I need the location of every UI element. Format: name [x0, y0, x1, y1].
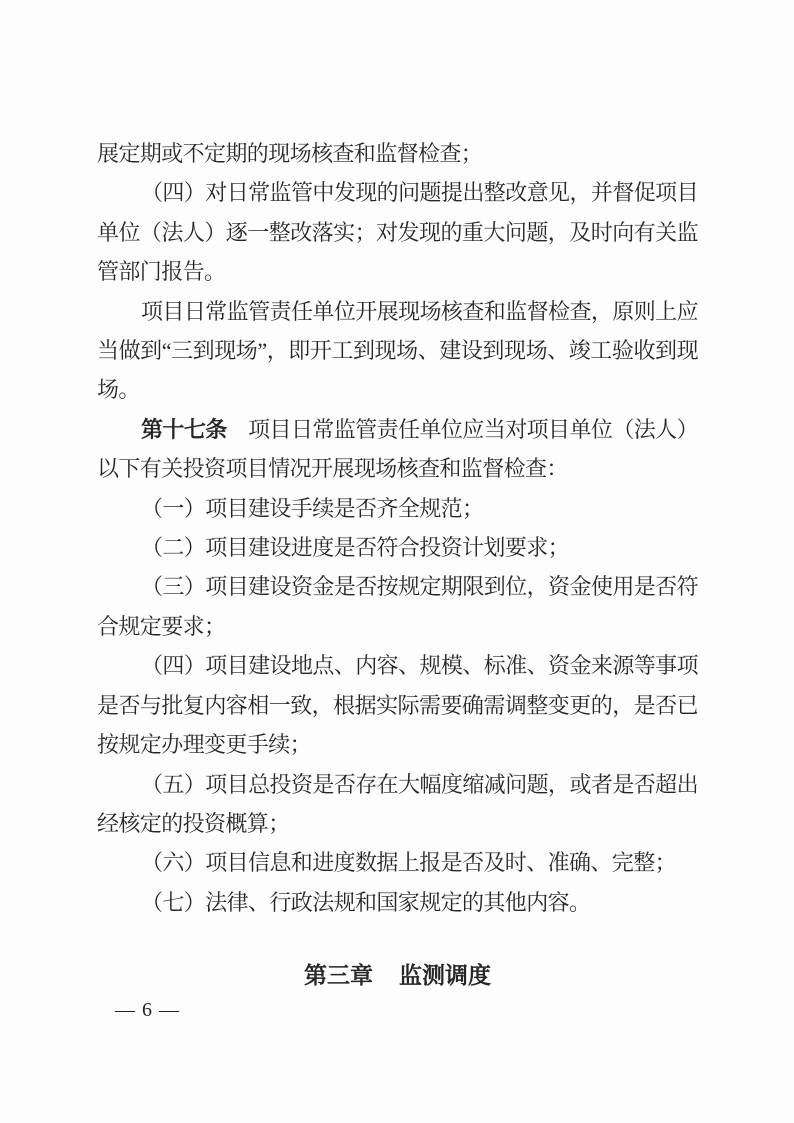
paragraph-list-item-4: （四）项目建设地点、内容、规模、标准、资金来源等事项是否与批复内容相一致，根据实… — [97, 646, 698, 764]
paragraph-list-item-1: （一）项目建设手续是否齐全规范； — [97, 489, 698, 528]
paragraph-list-item-2: （二）项目建设进度是否符合投资计划要求； — [97, 528, 698, 567]
page-number: — 6 — — [115, 998, 180, 1022]
chapter-number: 第三章 — [304, 962, 373, 988]
paragraph-list-item-6: （六）项目信息和进度数据上报是否及时、准确、完整； — [97, 843, 698, 882]
page-canvas: 展定期或不定期的现场核查和监督检查； （四）对日常监管中发现的问题提出整改意见，… — [0, 0, 794, 1123]
paragraph-list-item-3: （三）项目建设资金是否按规定期限到位，资金使用是否符合规定要求； — [97, 567, 698, 646]
article-17-number: 第十七条 — [141, 417, 227, 442]
chapter-heading: 第三章监测调度 — [97, 955, 698, 995]
paragraph-list-item-7: （七）法律、行政法规和国家规定的其他内容。 — [97, 883, 698, 922]
document-body: 展定期或不定期的现场核查和监督检查； （四）对日常监管中发现的问题提出整改意见，… — [97, 134, 698, 995]
paragraph-article-17: 第十七条 项目日常监管责任单位应当对项目单位（法人）以下有关投资项目情况开展现场… — [97, 410, 698, 489]
paragraph-continuation: 展定期或不定期的现场核查和监督检查； — [97, 134, 698, 173]
paragraph-item-four-rectification: （四）对日常监管中发现的问题提出整改意见，并督促项目单位（法人）逐一整改落实；对… — [97, 173, 698, 291]
paragraph-three-site-visits: 项目日常监管责任单位开展现场核查和监督检查，原则上应当做到“三到现场”，即开工到… — [97, 292, 698, 410]
chapter-title: 监测调度 — [399, 962, 491, 988]
paragraph-list-item-5: （五）项目总投资是否存在大幅度缩减问题，或者是否超出经核定的投资概算； — [97, 765, 698, 844]
document-page: { "page": { "background": "#fdfdfd", "te… — [0, 0, 794, 1123]
